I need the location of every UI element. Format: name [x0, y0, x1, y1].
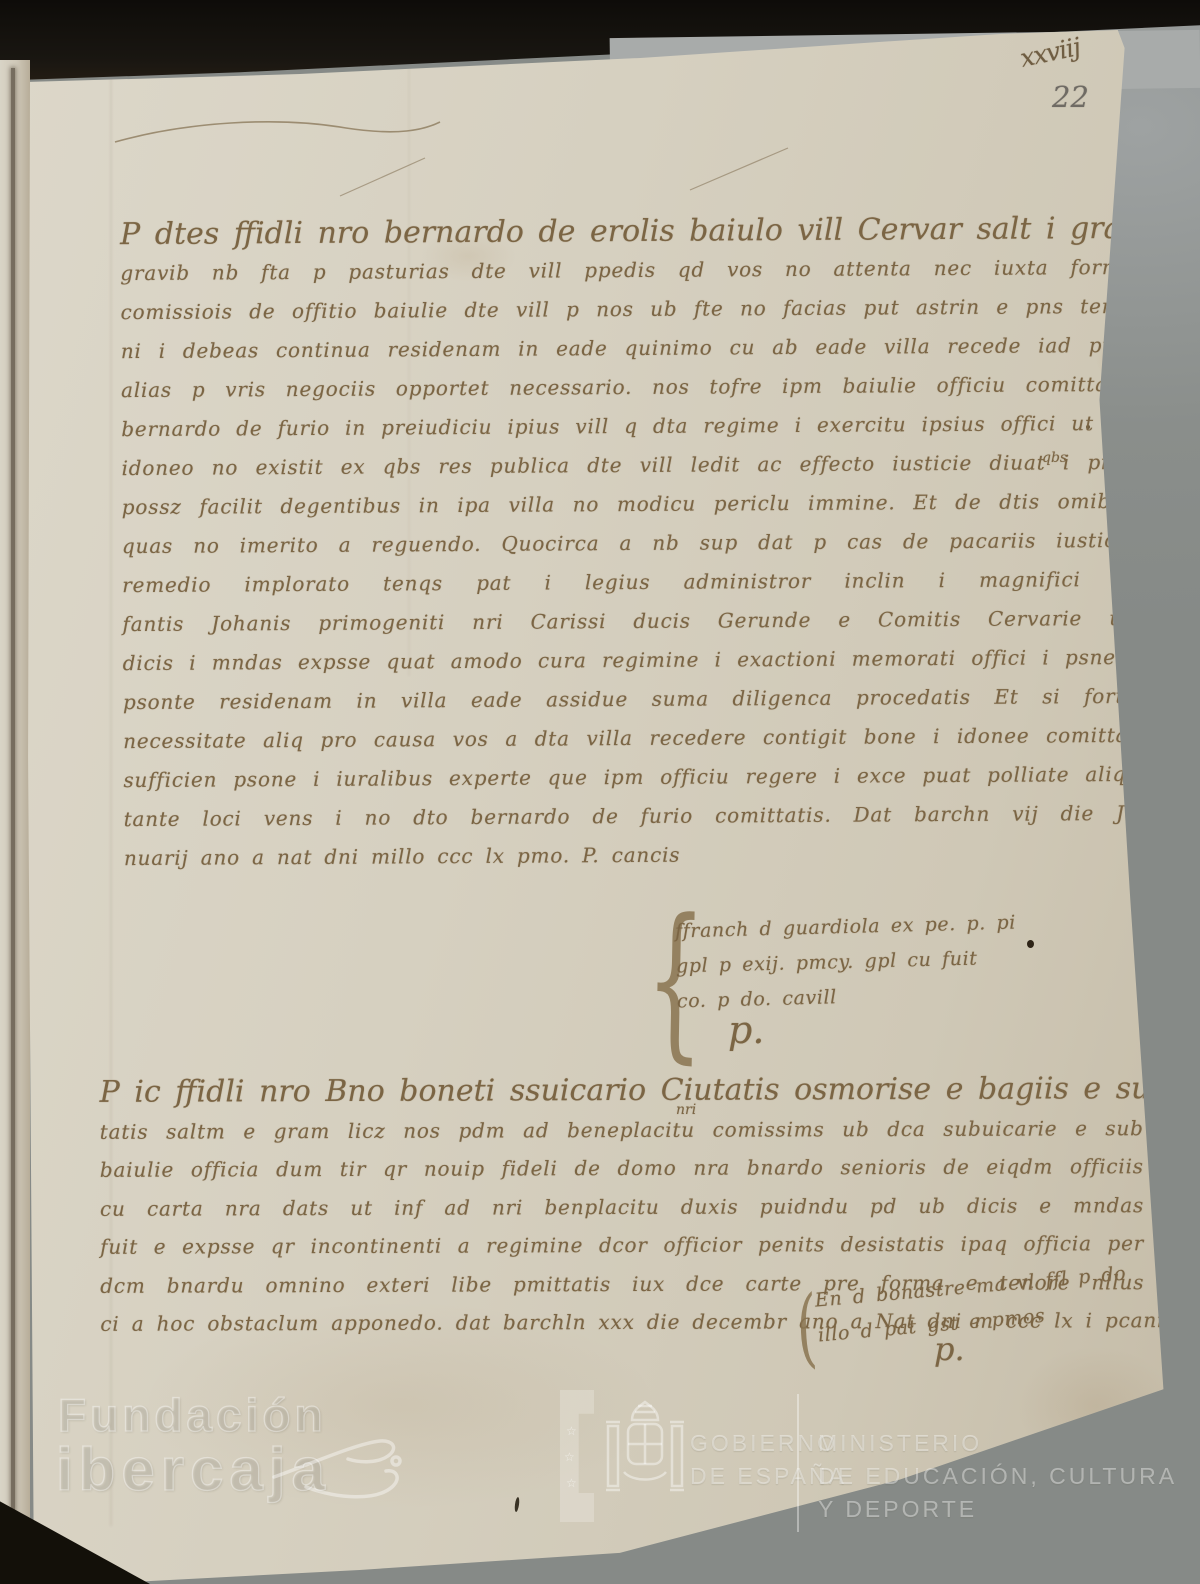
- flag-star-icon: ☆: [566, 1424, 577, 1438]
- manuscript-line: nuarij ano a nat dni millo ccc lx pmo. P…: [124, 833, 1138, 878]
- manuscript-line-text: P dtes ffidli nro bernardo de erolis bai…: [120, 210, 1200, 253]
- manuscript-line: gravib nb fta p pasturias dte vill ppedi…: [120, 248, 1134, 293]
- manuscript-line: tatis saltm e gram licz nos pdm ad benep…: [100, 1109, 1144, 1151]
- manuscript-line: alias p vris negociis opportet necessari…: [121, 365, 1135, 410]
- paraph-mark: p.: [934, 1330, 965, 1368]
- manuscript-line: psonte residenam in villa eade assidue s…: [123, 677, 1137, 722]
- interlinear-insertion: nri: [676, 1102, 696, 1118]
- manuscript-line: necessitate aliq pro causa vos a dta vil…: [123, 716, 1137, 761]
- manuscript-line: remedio implorato tenqs pat i legius adm…: [122, 560, 1136, 605]
- manuscript-line: P ic ffidli nro Bno boneti ssuicario Ciu…: [100, 1070, 1144, 1112]
- spain-coat-of-arms-icon: [602, 1398, 688, 1516]
- letter-1-text-block: P dtes ffidli nro bernardo de erolis bai…: [120, 209, 1138, 878]
- ibercaja-swoosh-logo-icon: [268, 1425, 408, 1515]
- interlinear-superscript: qbs: [1042, 450, 1067, 466]
- manuscript-line: comissiois de offitio baiulie dte vill p…: [120, 287, 1134, 332]
- manuscript-line: quas no imerito a reguendo. Quocirca a n…: [122, 521, 1136, 566]
- manuscript-photo: xxviij 22 P dtes ffidli nro bernardo de …: [0, 0, 1200, 1584]
- manuscript-line: fantis Johanis primogeniti nri Carissi d…: [122, 599, 1136, 644]
- ministry-watermark-line2: DE EDUCACIÓN, CULTURA: [818, 1460, 1177, 1493]
- manuscript-line: sufficien psone i iuralibus experte que …: [123, 755, 1137, 800]
- gutter-page-edge: [0, 60, 30, 1520]
- manuscript-line: ni i debeas continua residenam in eade q…: [121, 326, 1135, 371]
- manuscript-line: possz facilit degentibus in ipa villa no…: [122, 482, 1136, 527]
- manuscript-line: tante loci vens i no dto bernardo de fur…: [124, 794, 1138, 839]
- gutter-shadow: [11, 68, 15, 1514]
- manuscript-line-text: P ic ffidli nro Bno boneti ssuicario Ciu…: [100, 1070, 1200, 1110]
- manuscript-page: xxviij 22 P dtes ffidli nro bernardo de …: [26, 26, 1168, 1584]
- chancery-note-1: ffranch d guardiola ex pe. p. pi gpl p e…: [675, 906, 1019, 1020]
- ministry-watermark-line3: Y DEPORTE: [818, 1493, 977, 1526]
- manuscript-line: baiulie officia dum tir qr nouip fideli …: [100, 1147, 1144, 1189]
- ink-stain: [1120, 170, 1164, 210]
- government-watermark-agency: GOBIERNO: [690, 1427, 838, 1460]
- watermark-divider: [797, 1394, 799, 1532]
- manuscript-line: cu carta nra dats ut inf ad nri benplaci…: [100, 1186, 1144, 1228]
- pencil-page-number: 22: [1052, 80, 1089, 114]
- flag-star-icon: ☆: [566, 1476, 577, 1490]
- ministry-watermark-line1: MINISTERIO: [818, 1427, 982, 1460]
- manuscript-line: P dtes ffidli nro bernardo de erolis bai…: [120, 209, 1134, 254]
- paraph-mark: p.: [728, 1008, 764, 1052]
- manuscript-line: bernardo de furio in preiudiciu ipius vi…: [121, 404, 1135, 449]
- manuscript-line: fuit e expsse qr incontinenti a regimine…: [100, 1224, 1144, 1266]
- ink-stain: [1095, 330, 1159, 386]
- manuscript-line: idoneo no existit ex qbs res publica dte…: [121, 443, 1135, 488]
- flag-star-icon: ☆: [564, 1450, 575, 1464]
- manuscript-line: dicis i mndas expsse quat amodo cura reg…: [123, 638, 1137, 683]
